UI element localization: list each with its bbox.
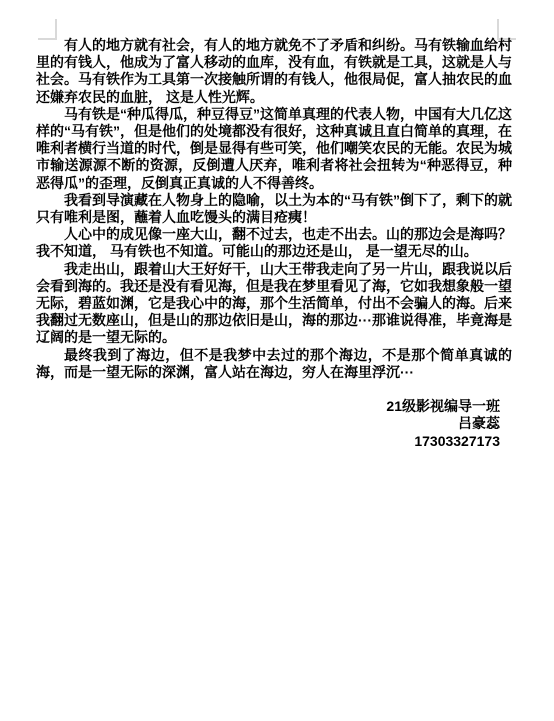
signature-phone: 17303327173: [36, 433, 500, 450]
signature-class: 21级影视编导一班: [36, 398, 500, 415]
essay-paragraph-6: 最终我到了海边，但不是我梦中去过的那个海边，不是那个简单真诚的海，而是一望无际的…: [36, 347, 512, 381]
document-page: 有人的地方就有社会，有人的地方就免不了矛盾和纠纷。马有铁输血给村里的有钱人，他成…: [0, 0, 554, 721]
essay-paragraph-5: 我走出山，跟着山大王好好干，山大王带我走向了另一片山，跟我说以后会看到海的。我还…: [36, 261, 512, 347]
essay-paragraph-2: 马有铁是“种瓜得瓜，种豆得豆”这简单真理的代表人物，中国有大几亿这样的“马有铁”…: [36, 106, 512, 192]
essay-paragraph-1: 有人的地方就有社会，有人的地方就免不了矛盾和纠纷。马有铁输血给村里的有钱人，他成…: [36, 37, 512, 106]
essay-paragraph-3: 我看到导演藏在人物身上的隐喻，以土为本的“马有铁”倒下了，剩下的就只有唯利是图，…: [36, 192, 512, 226]
signature-block: 21级影视编导一班 吕豪蕊 17303327173: [36, 398, 512, 450]
signature-name: 吕豪蕊: [36, 415, 500, 432]
essay-paragraph-4: 人心中的成见像一座大山，翻不过去，也走不出去。山的那边会是海吗？我不知道， 马有…: [36, 226, 512, 260]
document-body: 有人的地方就有社会，有人的地方就免不了矛盾和纠纷。马有铁输血给村里的有钱人，他成…: [36, 37, 512, 450]
